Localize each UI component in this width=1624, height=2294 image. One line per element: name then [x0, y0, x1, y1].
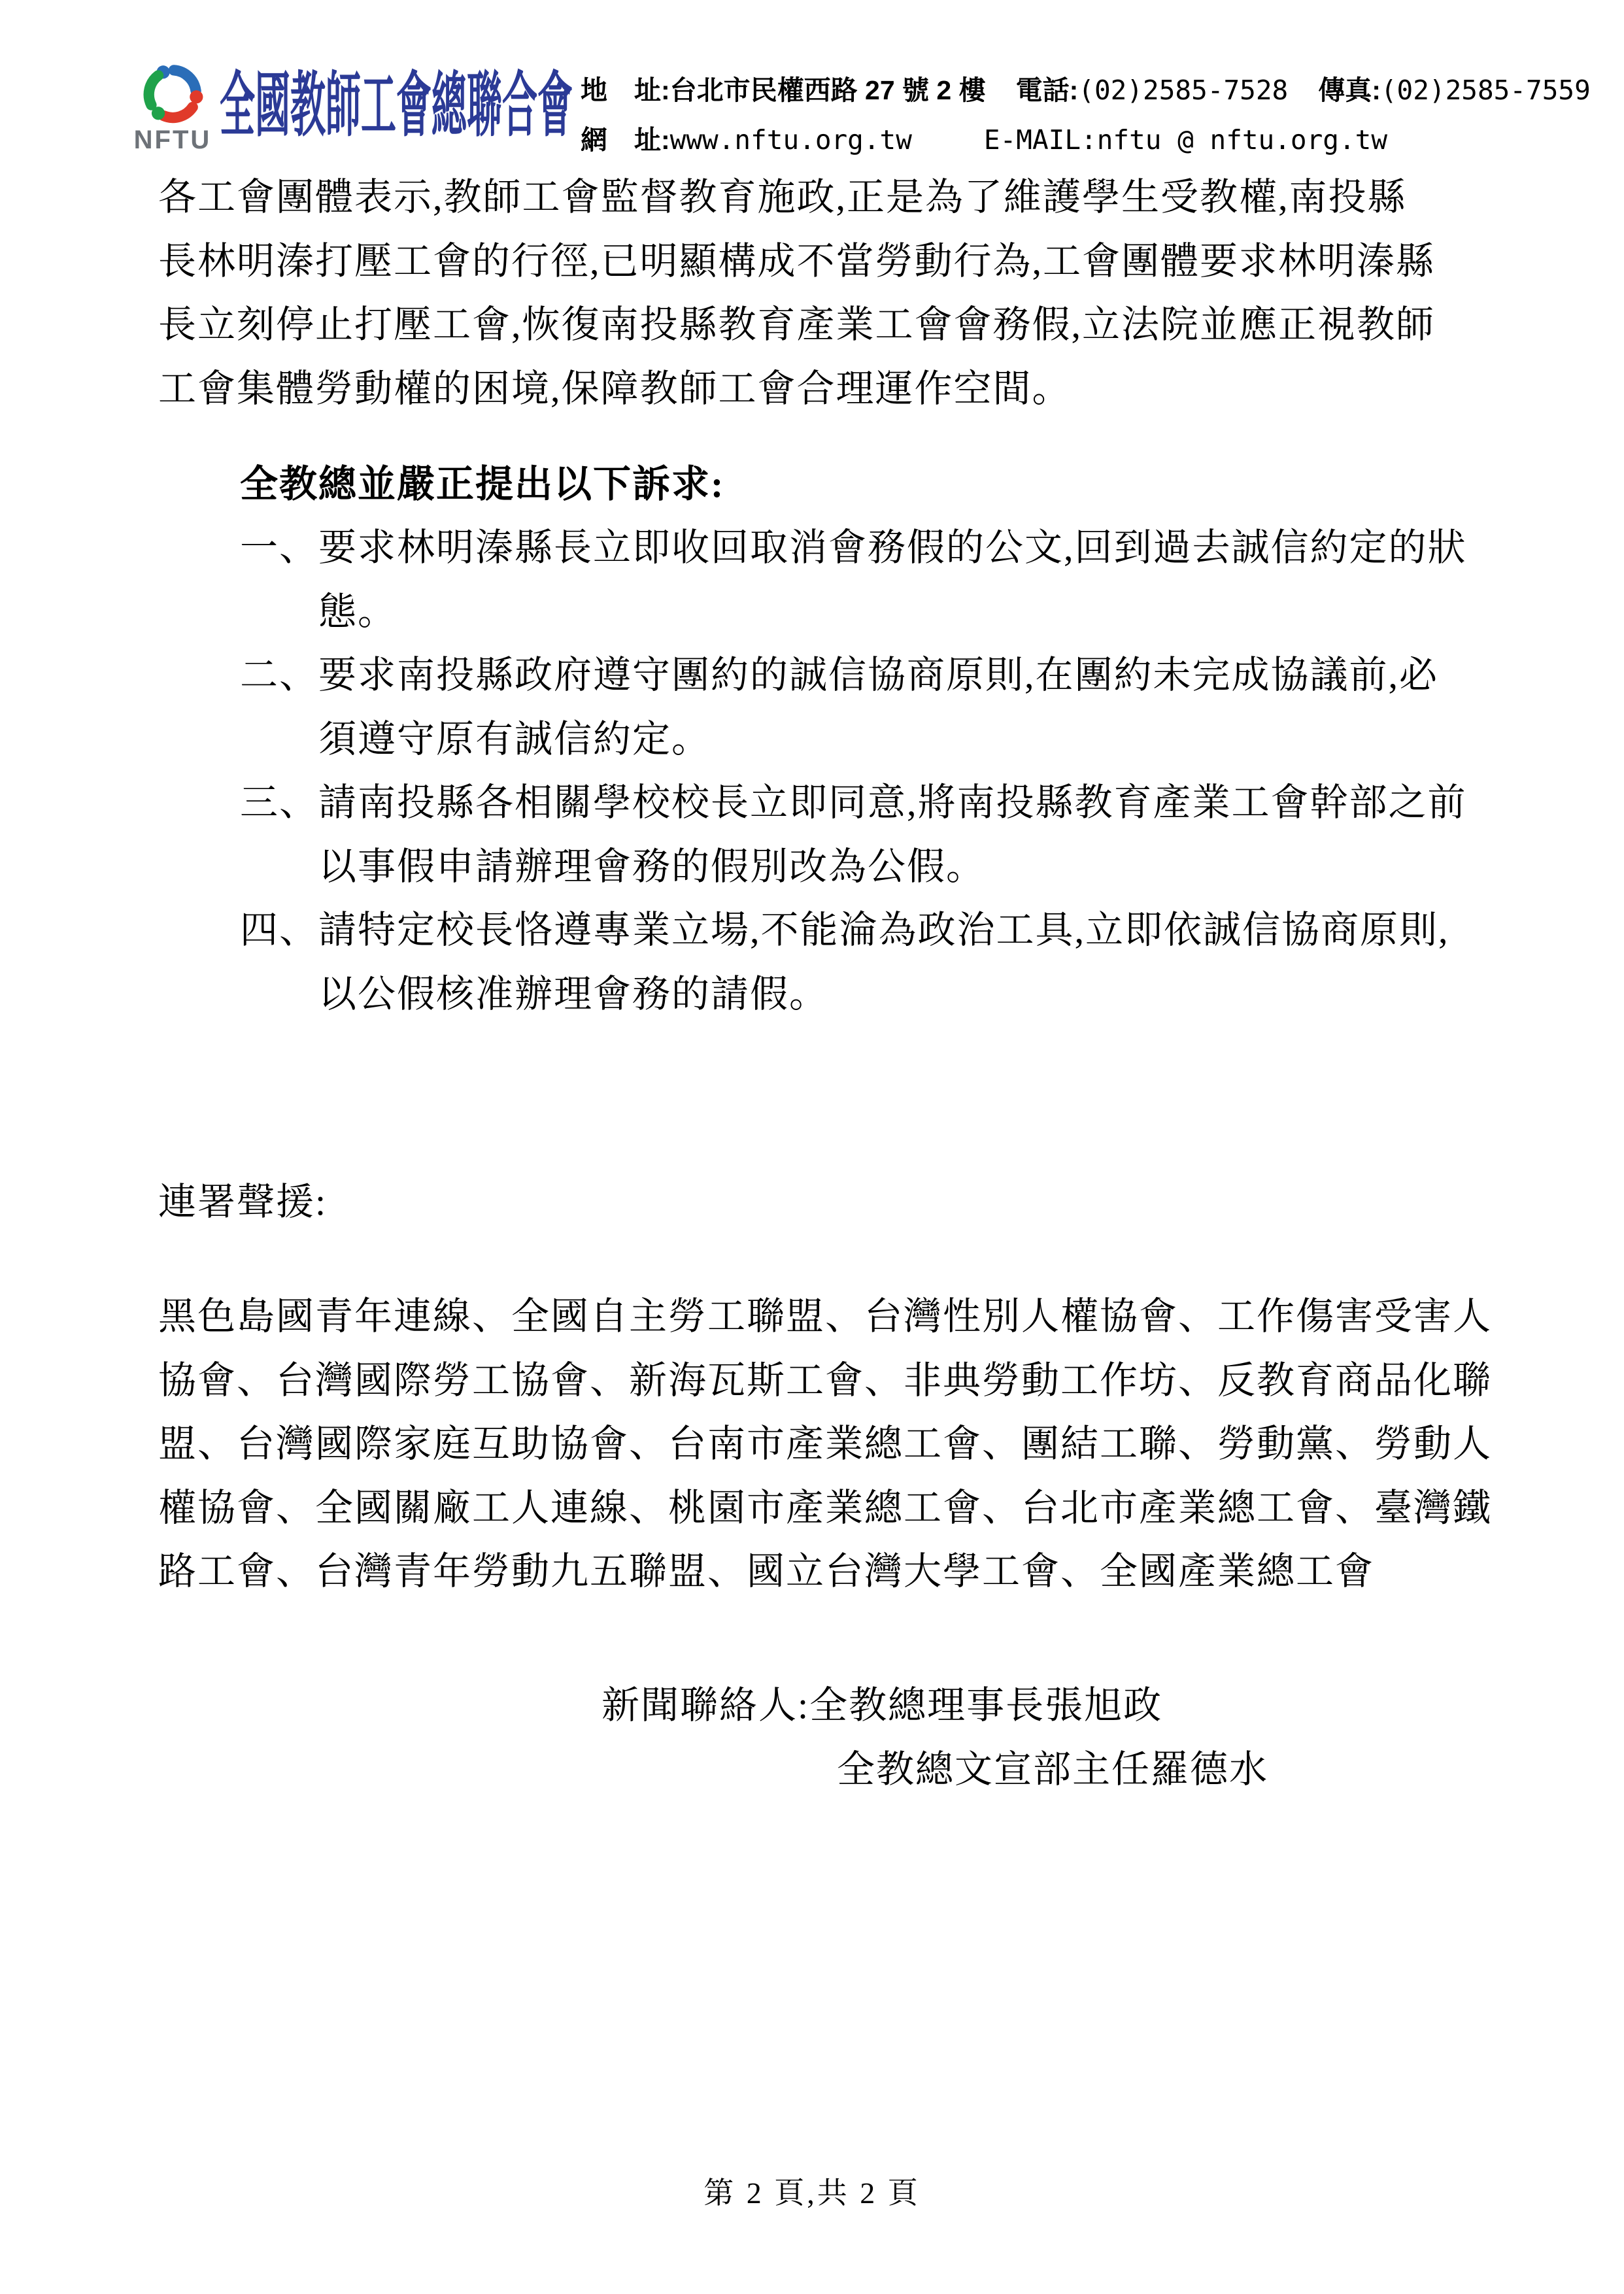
website-label: 網 址:: [581, 125, 670, 155]
address-value: 台北市民權西路 27 號 2 樓: [670, 75, 986, 105]
nftu-logo: NFTU: [131, 60, 214, 153]
demand-text: 請南投縣各相關學校校長立即同意,將南投縣教育產業工會幹部之前: [318, 781, 1467, 824]
press-contact-person-1: 全教總理事長張旭政: [809, 1684, 1162, 1727]
phone-label: 電話:: [1016, 75, 1079, 105]
email-value: nftu @ nftu.org.tw: [1097, 124, 1387, 156]
document-page: NFTU 全國教師工會總聯合會 地 址:台北市民權西路 27 號 2 樓電話:(…: [0, 0, 1624, 2294]
demands-heading: 全教總並嚴正提出以下訴求:: [240, 452, 724, 516]
endorsement-list: 黑色島國青年連線、全國自主勞工聯盟、台灣性別人權協會、工作傷害受害人 協會、台灣…: [158, 1285, 1492, 1604]
demand-number: 一、: [240, 526, 318, 569]
endorsement-heading: 連署聲援:: [158, 1170, 327, 1234]
letterhead: NFTU 全國教師工會總聯合會 地 址:台北市民權西路 27 號 2 樓電話:(…: [131, 60, 1591, 165]
contact-line-2: 網 址:www.nftu.org.twE-MAIL:nftu @ nftu.or…: [581, 115, 1591, 165]
phone-value: (02)2585-7528: [1078, 75, 1288, 106]
opening-paragraph: 各工會團體表示,教師工會監督教育施政,正是為了維護學生受教權,南投縣 長林明溱打…: [158, 165, 1435, 420]
demand-text: 要求南投縣政府遵守團約的誠信協商原則,在團約未完成協議前,必: [318, 654, 1438, 696]
nftu-logo-icon: [135, 60, 211, 126]
demand-item-3-cont: 以事假申請辦理會務的假別改為公假。: [318, 835, 1467, 899]
demand-text: 要求林明溱縣長立即收回取消會務假的公文,回到過去誠信約定的狀: [318, 526, 1467, 569]
fax-label: 傳真:: [1318, 75, 1381, 105]
demand-number: 四、: [240, 909, 318, 951]
endorsement-line: 盟、台灣國際家庭互助協會、台南市產業總工會、團結工聯、勞動黨、勞動人: [158, 1412, 1492, 1476]
demand-item-3: 三、請南投縣各相關學校校長立即同意,將南投縣教育產業工會幹部之前: [240, 771, 1467, 835]
contact-info: 地 址:台北市民權西路 27 號 2 樓電話:(02)2585-7528傳真:(…: [581, 60, 1591, 165]
endorsement-line: 黑色島國青年連線、全國自主勞工聯盟、台灣性別人權協會、工作傷害受害人: [158, 1285, 1492, 1349]
fax-value: (02)2585-7559: [1381, 75, 1591, 106]
page-number: 第 2 頁,共 2 頁: [0, 2174, 1624, 2213]
demand-number: 三、: [240, 781, 318, 824]
demand-item-4-cont: 以公假核准辦理會務的請假。: [318, 962, 1467, 1026]
paragraph-line: 各工會團體表示,教師工會監督教育施政,正是為了維護學生受教權,南投縣: [158, 165, 1435, 229]
endorsement-line: 協會、台灣國際勞工協會、新海瓦斯工會、非典勞動工作坊、反教育商品化聯: [158, 1349, 1492, 1413]
paragraph-line: 長林明溱打壓工會的行徑,已明顯構成不當勞動行為,工會團體要求林明溱縣: [158, 229, 1435, 294]
press-contact-person-2: 全教總文宣部主任羅德水: [837, 1738, 1268, 1802]
paragraph-line: 工會集體勞動權的困境,保障教師工會合理運作空間。: [158, 357, 1435, 421]
endorsement-line: 路工會、台灣青年勞動九五聯盟、國立台灣大學工會、全國產業總工會: [158, 1540, 1492, 1604]
press-contact: 新聞聯絡人:全教總理事長張旭政 全教總文宣部主任羅德水: [601, 1674, 1268, 1801]
demand-item-4: 四、請特定校長恪遵專業立場,不能淪為政治工具,立即依誠信協商原則,: [240, 898, 1467, 962]
website-value: www.nftu.org.tw: [670, 124, 912, 156]
demand-number: 二、: [240, 654, 318, 696]
demands-list: 一、要求林明溱縣長立即收回取消會務假的公文,回到過去誠信約定的狀 態。 二、要求…: [240, 516, 1467, 1026]
endorsement-line: 權協會、全國關廠工人連線、桃園市產業總工會、台北市產業總工會、臺灣鐵: [158, 1476, 1492, 1540]
contact-line-1: 地 址:台北市民權西路 27 號 2 樓電話:(02)2585-7528傳真:(…: [581, 65, 1591, 115]
address-label: 地 址:: [581, 75, 670, 105]
email-label: E-MAIL:: [984, 124, 1097, 156]
logo-acronym: NFTU: [134, 127, 212, 153]
press-contact-label: 新聞聯絡人:: [601, 1684, 809, 1727]
demand-item-2: 二、要求南投縣政府遵守團約的誠信協商原則,在團約未完成協議前,必: [240, 643, 1467, 707]
demand-item-1-cont: 態。: [318, 580, 1467, 644]
demand-item-1: 一、要求林明溱縣長立即收回取消會務假的公文,回到過去誠信約定的狀: [240, 516, 1467, 580]
demand-text: 請特定校長恪遵專業立場,不能淪為政治工具,立即依誠信協商原則,: [318, 909, 1449, 951]
paragraph-line: 長立刻停止打壓工會,恢復南投縣教育產業工會會務假,立法院並應正視教師: [158, 293, 1435, 357]
demand-item-2-cont: 須遵守原有誠信約定。: [318, 707, 1467, 771]
press-contact-line-1: 新聞聯絡人:全教總理事長張旭政: [601, 1674, 1268, 1738]
